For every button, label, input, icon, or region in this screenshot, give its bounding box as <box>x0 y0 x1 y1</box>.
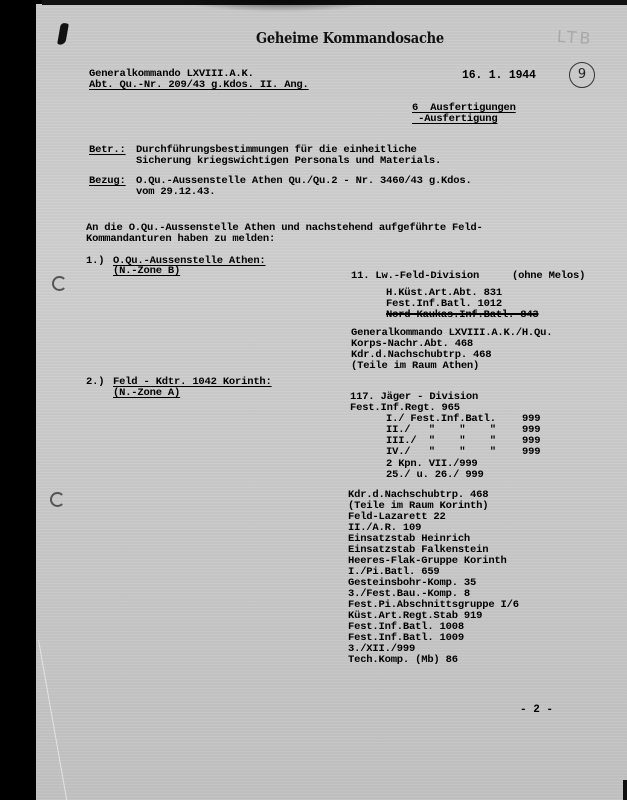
scan-right-edge <box>623 780 627 800</box>
scan-shadow <box>180 0 380 12</box>
pencil-annotation: LTB <box>556 27 594 48</box>
reference-label: Bezug: <box>89 176 126 187</box>
page-number: - 2 - <box>520 704 553 716</box>
subject-label: Betr.: <box>89 145 126 156</box>
section-2-extra: 25./ u. 26./ 999 <box>386 470 484 481</box>
battalion-label: IV./ " " " <box>386 447 496 458</box>
section-1-number: 1.) <box>86 256 104 267</box>
circled-page-number: 9 <box>569 62 595 88</box>
punch-hole <box>50 492 65 507</box>
document-date: 16. 1. 1944 <box>462 70 536 81</box>
classification-heading: Geheime Kommandosache <box>256 30 444 47</box>
section-1-division-note: (ohne Melos) <box>512 271 585 282</box>
copy-number: -Ausfertigung <box>412 114 497 125</box>
section-1-division: 11. Lw.-Feld-Division <box>351 271 479 282</box>
section-1-zone: (N.-Zone B) <box>113 266 180 277</box>
battalion-number: 999 <box>522 447 540 458</box>
sender-line-2: Abt. Qu.-Nr. 209/43 g.Kdos. II. Ang. <box>89 80 309 91</box>
reference-line-2: vom 29.12.43. <box>136 187 215 198</box>
subject-line-2: Sicherung kriegswichtigen Personals und … <box>136 156 441 167</box>
section-1-subunit-struck: Nord Kaukas.Inf.Batl. 843 <box>386 310 539 321</box>
section-2-number: 2.) <box>86 377 104 388</box>
section-1-unit: (Teile im Raum Athen) <box>351 361 479 372</box>
punch-hole <box>52 276 67 291</box>
section-2-zone: (N.-Zone A) <box>113 388 180 399</box>
intro-line-2: Kommandanturen haben zu melden: <box>86 234 275 245</box>
document-page <box>36 4 627 800</box>
section-2-unit: Tech.Komp. (Mb) 86 <box>348 655 458 666</box>
